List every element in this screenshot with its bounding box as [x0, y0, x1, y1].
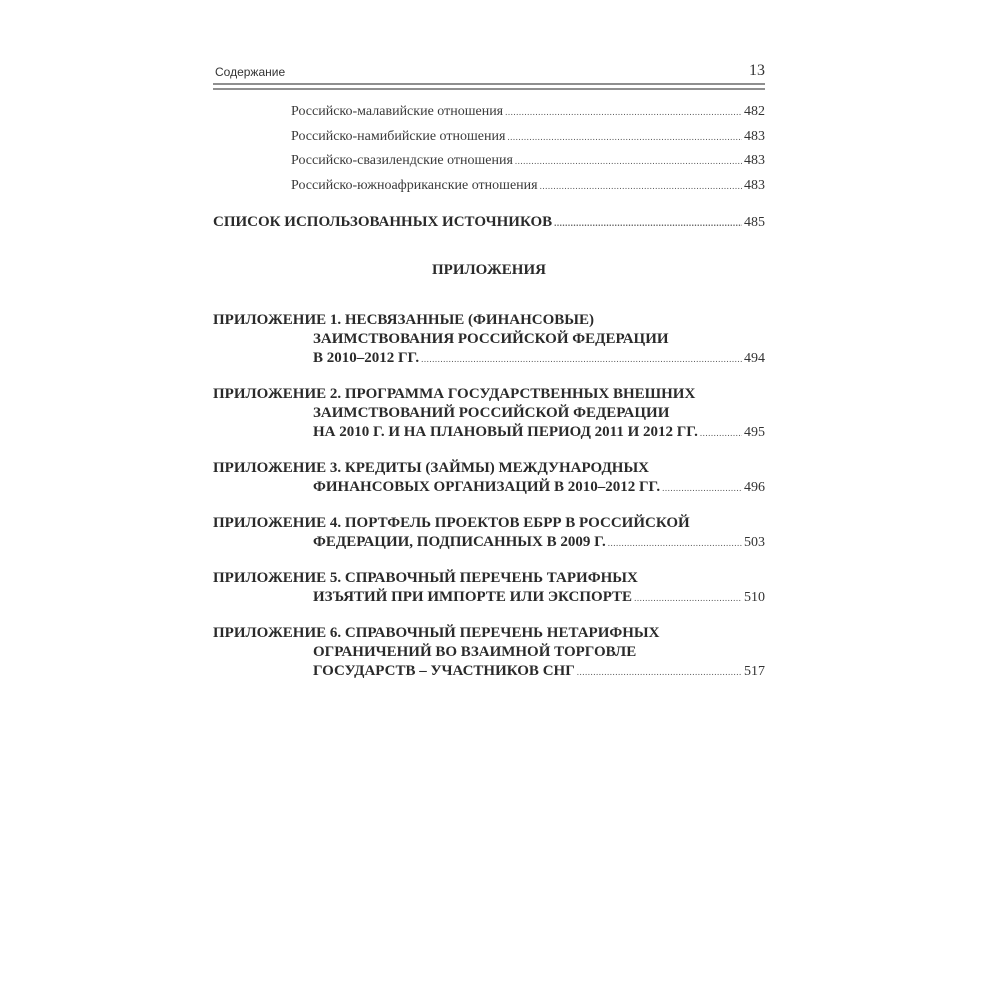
dot-leader [515, 156, 742, 166]
appendix-title-line: ФЕДЕРАЦИИ, ПОДПИСАННЫХ В 2009 Г. [313, 533, 606, 552]
toc-entry-page: 494 [744, 349, 765, 368]
toc-appendix-6[interactable]: ПРИЛОЖЕНИЕ 6. СПРАВОЧНЫЙ ПЕРЕЧЕНЬ НЕТАРИ… [213, 624, 765, 682]
toc-entry-page: 485 [744, 215, 765, 231]
appendix-title-line: В 2010–2012 ГГ. [313, 349, 419, 368]
appendix-title-line: ОГРАНИЧЕНИЙ ВО ВЗАИМНОЙ ТОРГОВЛЕ [213, 643, 765, 662]
toc-entry-page: 495 [744, 423, 765, 442]
toc-entry-title: Российско-свазилендские отношения [291, 153, 513, 169]
toc-appendix-5[interactable]: ПРИЛОЖЕНИЕ 5. СПРАВОЧНЫЙ ПЕРЕЧЕНЬ ТАРИФН… [213, 569, 765, 608]
header-rule-bottom [213, 88, 765, 90]
toc-appendix-2[interactable]: ПРИЛОЖЕНИЕ 2. ПРОГРАММА ГОСУДАРСТВЕННЫХ … [213, 385, 765, 443]
dot-leader [662, 479, 742, 498]
appendix-title-line: ГОСУДАРСТВ – УЧАСТНИКОВ СНГ [313, 662, 575, 681]
dot-leader [577, 663, 742, 682]
appendix-title-line: ПРИЛОЖЕНИЕ 1. НЕСВЯЗАННЫЕ (ФИНАНСОВЫЕ) [213, 311, 765, 330]
toc-entry-page: 483 [744, 178, 765, 194]
toc-entry-page: 482 [744, 104, 765, 120]
dot-leader [421, 350, 742, 369]
running-head: Содержание 13 [213, 62, 765, 82]
running-title: Содержание [215, 65, 285, 79]
toc-entry[interactable]: Российско-малавийские отношения 482 [291, 104, 765, 120]
toc-entry[interactable]: Российско-южноафриканские отношения 483 [291, 178, 765, 194]
toc-entry-page: 483 [744, 153, 765, 169]
appendix-title-line: ПРИЛОЖЕНИЕ 3. КРЕДИТЫ (ЗАЙМЫ) МЕЖДУНАРОД… [213, 459, 765, 478]
appendix-title-line: ПРИЛОЖЕНИЕ 2. ПРОГРАММА ГОСУДАРСТВЕННЫХ … [213, 385, 765, 404]
toc-entry[interactable]: Российско-намибийские отношения 483 [291, 129, 765, 145]
appendix-title-line: НА 2010 Г. И НА ПЛАНОВЫЙ ПЕРИОД 2011 И 2… [313, 423, 698, 442]
dot-leader [505, 107, 742, 117]
appendix-title-line: ИЗЪЯТИЙ ПРИ ИМПОРТЕ ИЛИ ЭКСПОРТЕ [313, 588, 632, 607]
dot-leader [608, 534, 742, 553]
appendix-title-line: ПРИЛОЖЕНИЕ 6. СПРАВОЧНЫЙ ПЕРЕЧЕНЬ НЕТАРИ… [213, 624, 765, 643]
dot-leader [554, 218, 742, 228]
toc-entry-title: Российско-намибийские отношения [291, 129, 505, 145]
toc-entry-title: Российско-южноафриканские отношения [291, 178, 538, 194]
toc-entry[interactable]: Российско-свазилендские отношения 483 [291, 153, 765, 169]
page-number: 13 [749, 62, 765, 80]
toc-appendix-1[interactable]: ПРИЛОЖЕНИЕ 1. НЕСВЯЗАННЫЕ (ФИНАНСОВЫЕ) З… [213, 311, 765, 369]
toc-entry-title: СПИСОК ИСПОЛЬЗОВАННЫХ ИСТОЧНИКОВ [213, 214, 552, 231]
toc-entry-title: Российско-малавийские отношения [291, 104, 503, 120]
toc-entry-page: 517 [744, 662, 765, 681]
dot-leader [700, 424, 742, 443]
appendix-title-line: ПРИЛОЖЕНИЕ 5. СПРАВОЧНЫЙ ПЕРЕЧЕНЬ ТАРИФН… [213, 569, 765, 588]
toc-appendix-4[interactable]: ПРИЛОЖЕНИЕ 4. ПОРТФЕЛЬ ПРОЕКТОВ ЕБРР В Р… [213, 514, 765, 553]
appendix-title-line: ПРИЛОЖЕНИЕ 4. ПОРТФЕЛЬ ПРОЕКТОВ ЕБРР В Р… [213, 514, 765, 533]
toc-entry-sources[interactable]: СПИСОК ИСПОЛЬЗОВАННЫХ ИСТОЧНИКОВ 485 [213, 214, 765, 231]
dot-leader [540, 181, 742, 191]
dot-leader [507, 132, 742, 142]
toc-entry-page: 503 [744, 533, 765, 552]
toc-entry-page: 483 [744, 129, 765, 145]
appendix-title-line: ФИНАНСОВЫХ ОРГАНИЗАЦИЙ В 2010–2012 ГГ. [313, 478, 660, 497]
toc-entry-page: 510 [744, 588, 765, 607]
toc-entry-page: 496 [744, 478, 765, 497]
appendices-heading: ПРИЛОЖЕНИЯ [213, 262, 765, 279]
toc-appendix-3[interactable]: ПРИЛОЖЕНИЕ 3. КРЕДИТЫ (ЗАЙМЫ) МЕЖДУНАРОД… [213, 459, 765, 498]
appendix-title-line: ЗАИМСТВОВАНИЯ РОССИЙСКОЙ ФЕДЕРАЦИИ [213, 330, 765, 349]
appendix-title-line: ЗАИМСТВОВАНИЙ РОССИЙСКОЙ ФЕДЕРАЦИИ [213, 404, 765, 423]
header-rule-top [213, 83, 765, 85]
dot-leader [634, 589, 742, 608]
